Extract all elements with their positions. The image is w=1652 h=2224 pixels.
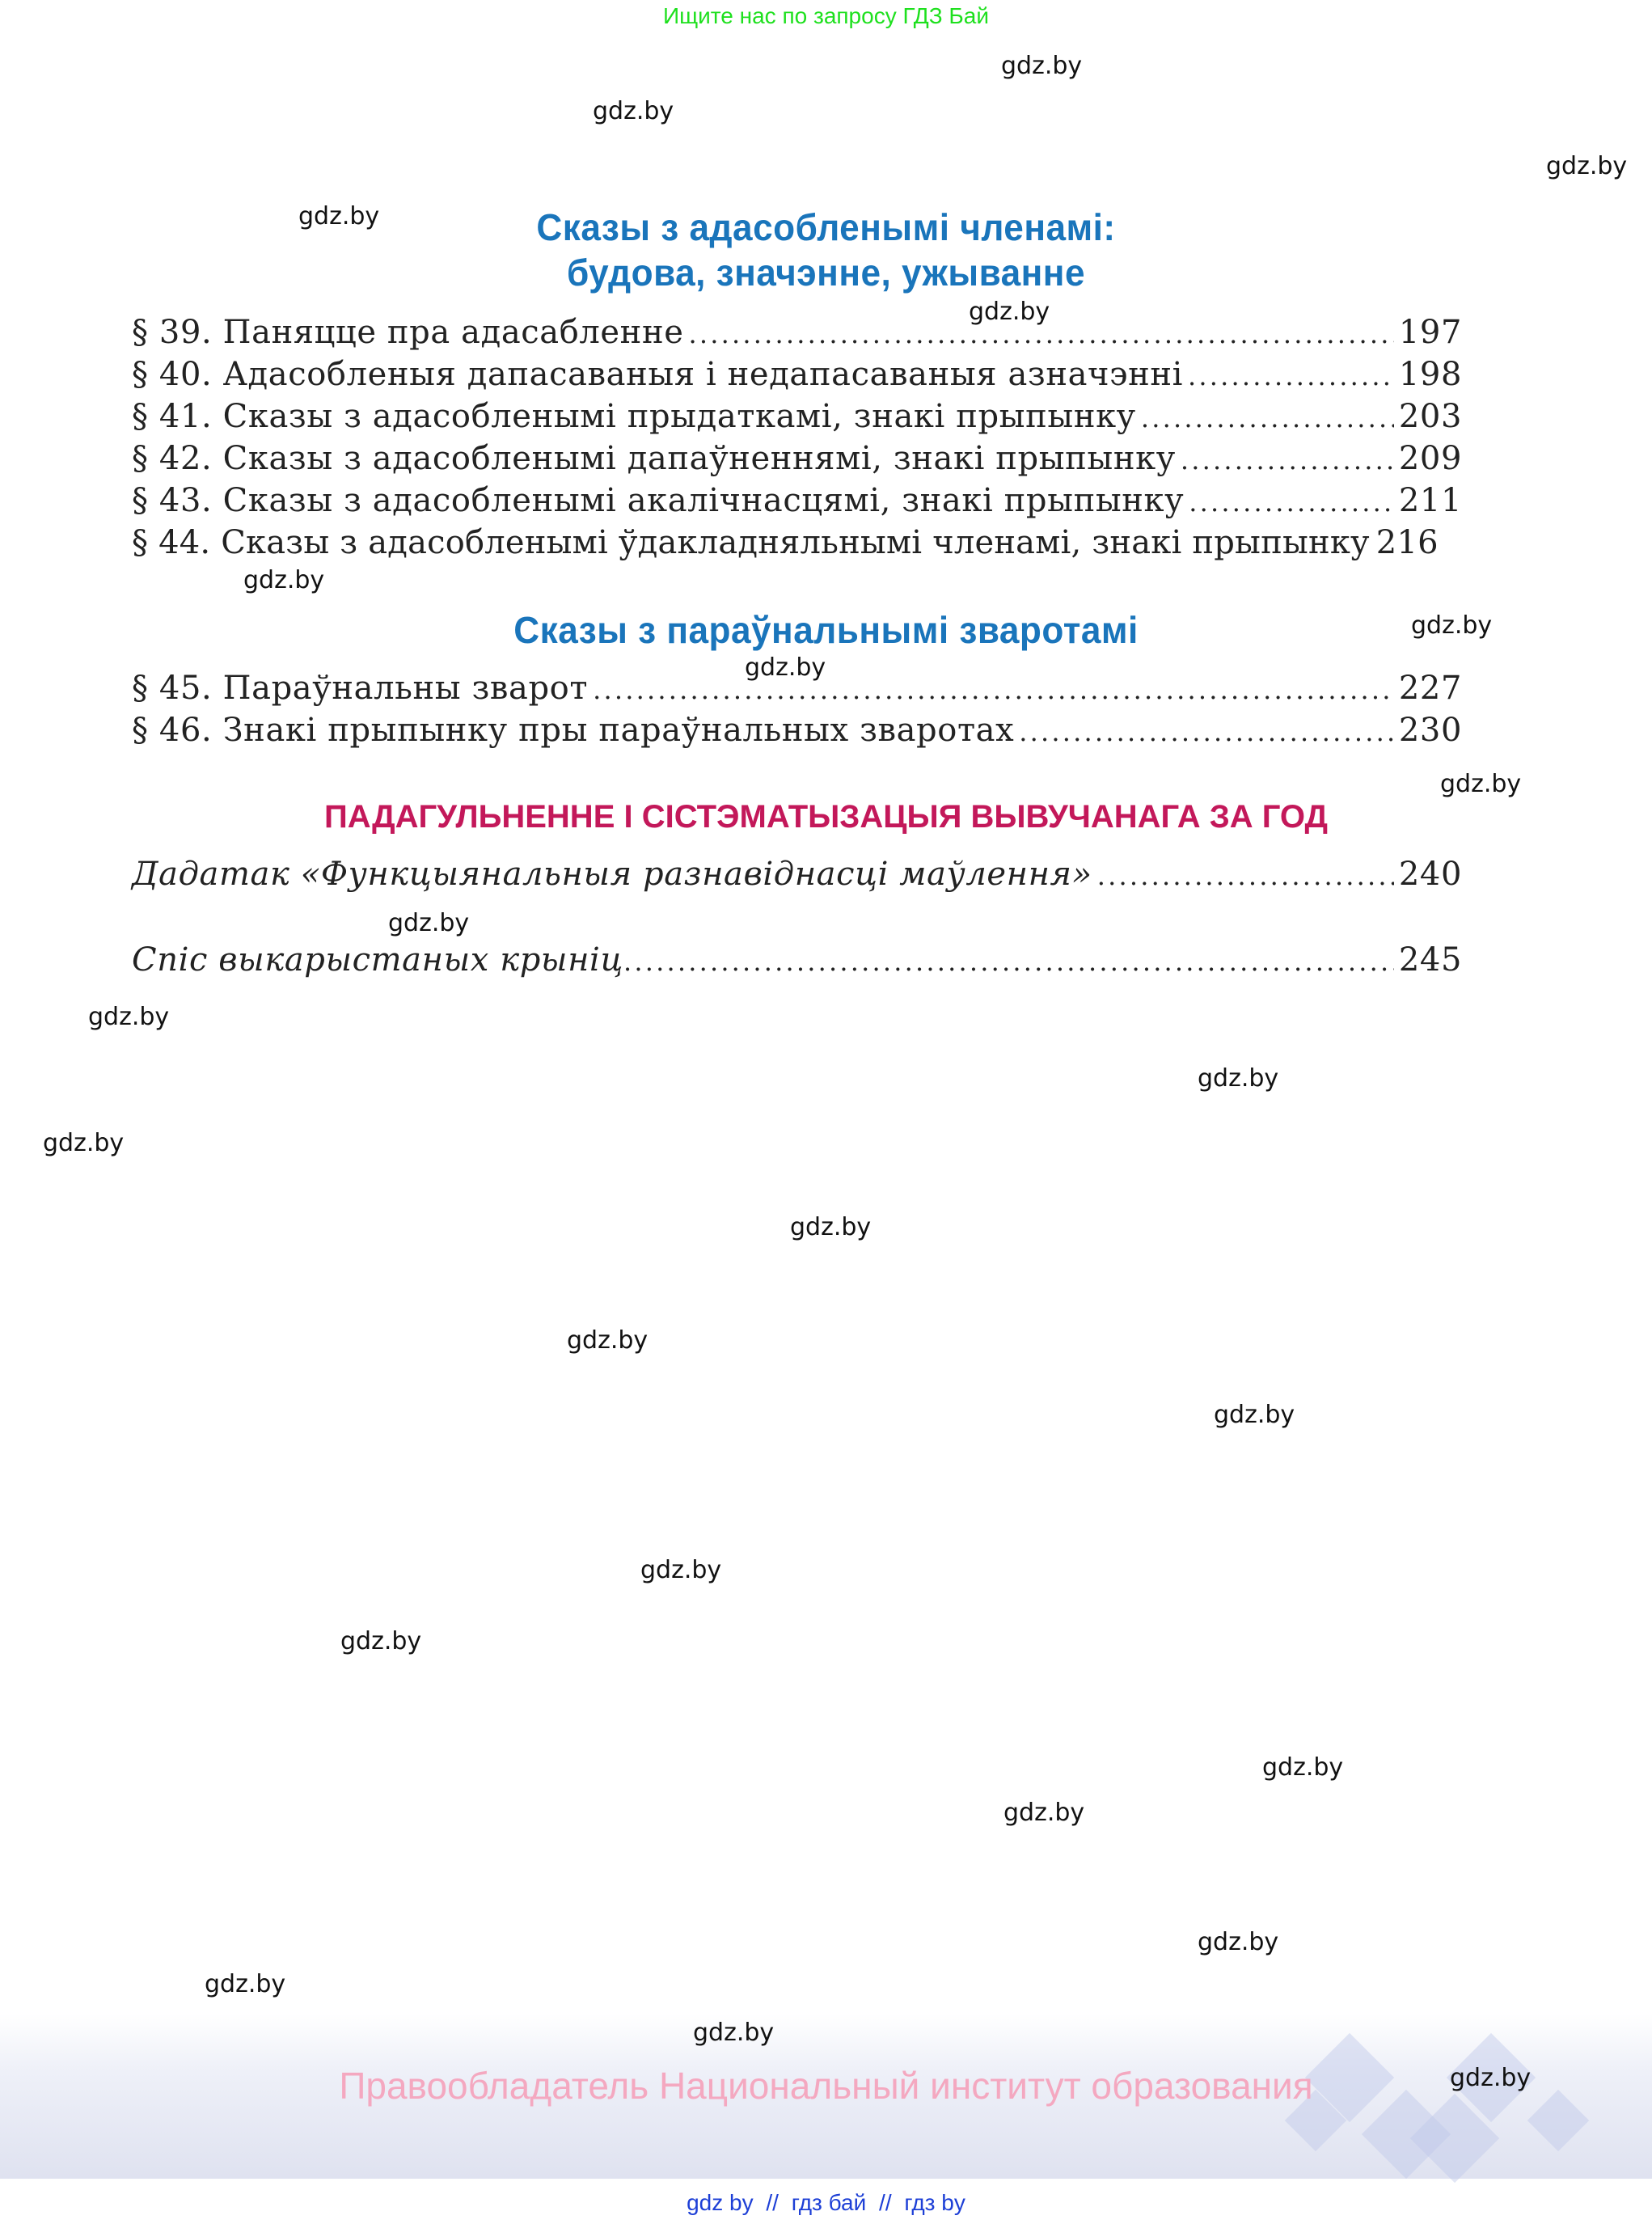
watermark: gdz.by bbox=[1198, 1064, 1278, 1093]
search-hint-banner: Ищите нас по запросу ГДЗ Бай bbox=[0, 3, 1652, 29]
toc-page-number: 203 bbox=[1399, 398, 1462, 435]
toc-entry-title: § 39. Паняцце пра адасабленне bbox=[132, 314, 683, 351]
watermark: gdz.by bbox=[593, 97, 674, 125]
toc-entry[interactable]: § 40. Адасобленыя дапасаваныя і недапаса… bbox=[132, 356, 1462, 398]
toc-page-number: 216 bbox=[1376, 524, 1439, 561]
copyright-notice: Правообладатель Национальный институт об… bbox=[0, 2064, 1652, 2108]
toc-entry[interactable]: § 42. Сказы з адасобленымі дапаўненнямі,… bbox=[132, 440, 1462, 482]
watermark: gdz.by bbox=[969, 298, 1050, 326]
toc-entry-title: § 41. Сказы з адасобленымі прыдаткамі, з… bbox=[132, 398, 1136, 435]
watermark: gdz.by bbox=[790, 1213, 871, 1241]
section-heading-line-2: будова, значэнне, ужыванне bbox=[33, 251, 1619, 294]
watermark: gdz.by bbox=[43, 1129, 124, 1157]
leader-dots: ........................................… bbox=[1097, 860, 1394, 891]
watermark: gdz.by bbox=[205, 1970, 285, 1998]
leader-dots: ........................................… bbox=[593, 674, 1394, 705]
watermark: gdz.by bbox=[640, 1556, 721, 1584]
link-gdz-by[interactable]: gdz by bbox=[687, 2190, 754, 2215]
bottom-links: gdz by // гдз бай // гдз by bbox=[0, 2190, 1652, 2216]
toc-page-number: 197 bbox=[1399, 314, 1462, 351]
toc-entry-title: § 46. Знакі прыпынку пры параўнальных зв… bbox=[132, 712, 1014, 749]
toc-entry[interactable]: § 44. Сказы з адасобленымі ўдакладняльны… bbox=[132, 524, 1462, 566]
link-gdz-by-cyr[interactable]: гдз by bbox=[904, 2190, 965, 2215]
toc-entry-title: § 43. Сказы з адасобленымі акалічнасцямі… bbox=[132, 482, 1184, 519]
watermark: gdz.by bbox=[567, 1326, 648, 1355]
leader-dots: ........................................… bbox=[623, 946, 1394, 977]
watermark: gdz.by bbox=[745, 653, 826, 682]
leader-dots: ........................................… bbox=[1188, 361, 1394, 391]
watermark: gdz.by bbox=[1198, 1928, 1278, 1956]
watermark: gdz.by bbox=[693, 2019, 774, 2047]
separator: // bbox=[879, 2190, 892, 2215]
toc-entry-title: § 40. Адасобленыя дапасаваныя і недапаса… bbox=[132, 356, 1183, 393]
toc-page-number: 209 bbox=[1399, 440, 1462, 477]
toc-entry[interactable]: § 43. Сказы з адасобленымі акалічнасцямі… bbox=[132, 482, 1462, 524]
toc-page-number: 240 bbox=[1399, 856, 1462, 893]
watermark: gdz.by bbox=[298, 202, 379, 230]
watermark: gdz.by bbox=[243, 566, 324, 594]
toc-page-number: 227 bbox=[1399, 670, 1462, 707]
appendix-entry-title: Спіс выкарыстаных крыніц bbox=[132, 941, 623, 979]
toc-entry-title: § 45. Параўнальны зварот bbox=[132, 670, 588, 707]
link-gdz-bai[interactable]: гдз бай bbox=[792, 2190, 867, 2215]
toc-entry-title: § 44. Сказы з адасобленымі ўдакладняльны… bbox=[132, 524, 1370, 561]
watermark: gdz.by bbox=[1411, 611, 1492, 640]
separator: // bbox=[766, 2190, 779, 2215]
toc-entry[interactable]: § 41. Сказы з адасобленымі прыдаткамі, з… bbox=[132, 398, 1462, 440]
toc-page-number: 245 bbox=[1399, 941, 1462, 979]
toc-page-number: 230 bbox=[1399, 712, 1462, 749]
appendix-entry-title: Дадатак «Функцыянальныя разнавіднасці ма… bbox=[132, 856, 1092, 893]
toc-page-number: 211 bbox=[1399, 482, 1462, 519]
leader-dots: ........................................… bbox=[1189, 487, 1394, 518]
toc-entry[interactable]: § 39. Паняцце пра адасабленне ..........… bbox=[132, 314, 1462, 356]
appendix-entry[interactable]: Спіс выкарыстаных крыніц ...............… bbox=[132, 941, 1462, 983]
watermark: gdz.by bbox=[1001, 52, 1082, 80]
watermark: gdz.by bbox=[340, 1627, 421, 1655]
watermark: gdz.by bbox=[1003, 1799, 1084, 1827]
watermark: gdz.by bbox=[1262, 1753, 1343, 1782]
toc-entry-title: § 42. Сказы з адасобленымі дапаўненнямі,… bbox=[132, 440, 1176, 477]
section-heading-line-1: Сказы з адасобленымі членамі: bbox=[33, 205, 1619, 249]
watermark: gdz.by bbox=[88, 1003, 169, 1031]
toc-entry[interactable]: § 46. Знакі прыпынку пры параўнальных зв… bbox=[132, 712, 1462, 754]
watermark: gdz.by bbox=[1440, 770, 1521, 798]
section-heading: Сказы з параўнальнымі зваротамі bbox=[33, 608, 1619, 652]
appendix-entry[interactable]: Дадатак «Функцыянальныя разнавіднасці ма… bbox=[132, 856, 1462, 898]
watermark: gdz.by bbox=[388, 909, 469, 937]
leader-dots: ........................................… bbox=[1019, 717, 1394, 747]
leader-dots: ........................................… bbox=[1141, 403, 1394, 433]
watermark: gdz.by bbox=[1546, 152, 1627, 180]
review-heading: ПАДАГУЛЬНЕННЕ І СІСТЭМАТЫЗАЦЫЯ ВЫВУЧАНАГ… bbox=[0, 799, 1652, 835]
watermark: gdz.by bbox=[1450, 2064, 1531, 2092]
toc-page-number: 198 bbox=[1399, 356, 1462, 393]
leader-dots: ........................................… bbox=[1181, 445, 1394, 476]
watermark: gdz.by bbox=[1214, 1401, 1295, 1429]
